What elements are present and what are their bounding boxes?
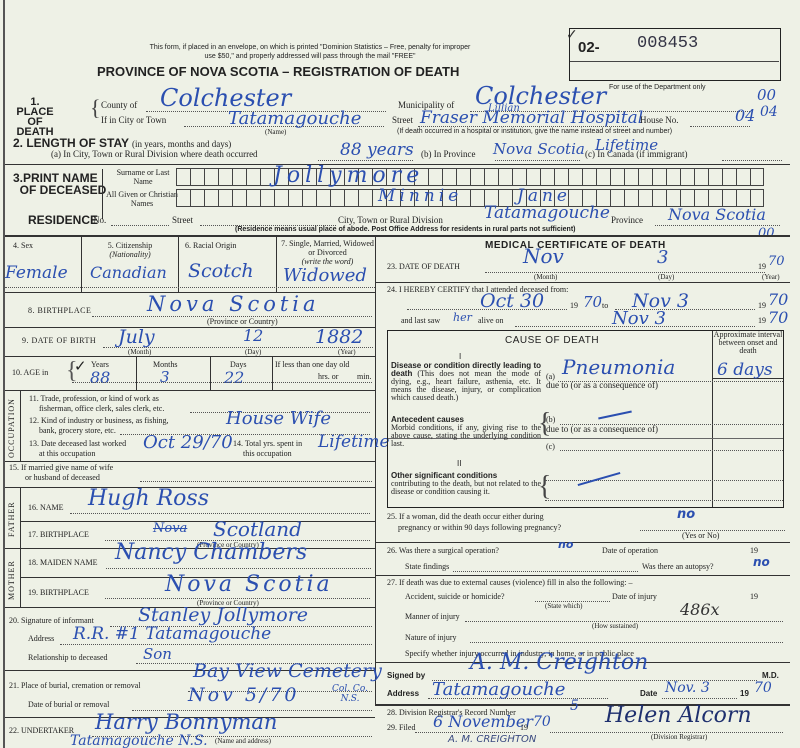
dob-year: 1882: [315, 326, 363, 348]
county-label: County of: [101, 100, 137, 110]
q28-value: 5: [570, 698, 579, 714]
injury-year-prefix: 19: [750, 592, 758, 601]
print-name-label: 3.PRINT NAME OF DECEASED: [13, 172, 106, 196]
attended-from: Oct 30: [480, 290, 544, 312]
last-saw-pronoun: her: [453, 311, 472, 324]
q13-label: 13. Date deceased last worked at this oc…: [29, 439, 126, 459]
md-label: M.D.: [762, 671, 779, 680]
q17-value: Scotland: [213, 517, 302, 541]
burial-location-note: Col. Co. N.S.: [330, 684, 370, 704]
q19-value: Nova Scotia: [165, 572, 333, 597]
to-year-prefix: 19: [758, 301, 766, 310]
surname-label: Surname or Last Name: [108, 168, 178, 186]
residence-no-label: No.: [93, 215, 106, 225]
last-saw-label: and last saw: [401, 316, 440, 325]
signed-year-prefix: 19: [740, 689, 749, 698]
surname-boxes: [176, 168, 764, 186]
filed-year: 70: [533, 714, 551, 730]
q21-label: 21. Place of burial, cremation or remova…: [9, 681, 141, 690]
death-year-caption: (Year): [762, 273, 780, 281]
surname-value: Jollymore: [273, 163, 424, 188]
residence-city-value: Tatamagouche: [484, 203, 610, 223]
signed-date-label: Date: [640, 689, 657, 698]
postal-notice: This form, if placed in an envelope, on …: [60, 43, 560, 61]
stay-b-label: (b) In Province: [421, 149, 475, 159]
q27-label: 27. If death was due to external causes …: [387, 578, 632, 587]
q14-value: Lifetime: [318, 432, 390, 452]
q25-value: no: [677, 507, 695, 522]
dob-day: 12: [243, 326, 263, 345]
medical-certificate-title: MEDICAL CERTIFICATE OF DEATH: [485, 240, 666, 251]
physician-address-value: Tatamagouche: [432, 679, 565, 700]
death-registration-form: This form, if placed in an envelope, on …: [0, 0, 800, 748]
informant-address-label: Address: [28, 634, 54, 643]
accident-label: Accident, suicide or homicide?: [405, 592, 505, 601]
q19-label: 19. BIRTHPLACE: [28, 588, 89, 597]
father-side-label: FATHER: [7, 493, 16, 537]
yes-no-caption: (Yes or No): [682, 531, 719, 540]
from-year-prefix: 19: [570, 301, 578, 310]
death-year: 70: [768, 254, 785, 269]
q16-value: Hugh Ross: [88, 486, 209, 511]
injury-date-label: Date of injury: [612, 592, 657, 601]
given-name-1: Minnie: [378, 186, 462, 206]
cause-a-value: Pneumonia: [562, 355, 675, 379]
other-conditions-label: Other significant conditions contributin…: [391, 472, 541, 496]
q26-label: 26. Was there a surgical operation?: [387, 546, 499, 555]
death-day-caption: (Day): [658, 273, 674, 281]
street-value: Fraser Memorial Hospital: [420, 108, 643, 128]
dob-month-caption: (Month): [128, 348, 151, 356]
marital-status-label: 7. Single, Married, Widowed or Divorced …: [280, 239, 375, 266]
physician-address-label: Address: [387, 689, 419, 698]
state-which-caption: (State which): [545, 602, 583, 610]
due-to-1: due to (or as a consequence of): [546, 380, 658, 390]
alive-on-value: Nov 3: [612, 308, 666, 329]
postal-notice-line2: use $50," and properly addressed will pa…: [60, 52, 560, 61]
residence-province-label: Province: [611, 215, 643, 225]
how-sustained-caption: (How sustained): [592, 622, 638, 630]
residence-note: (Residence means usual place of abode. P…: [235, 226, 576, 233]
city-value: Tatamagouche: [228, 108, 361, 129]
hospital-note: (If death occurred in a hospital or inst…: [397, 128, 672, 135]
due-to-2: due to (or as a consequence of): [546, 424, 658, 434]
cause-b-label: (b): [546, 415, 555, 424]
q18-label: 18. MAIDEN NAME: [28, 558, 98, 567]
citizenship-label: 5. Citizenship (Nationality): [85, 241, 175, 259]
birthplace-caption: (Province or Country): [207, 317, 278, 326]
signed-year-value: 70: [754, 680, 772, 696]
dept-code-3: 00: [758, 226, 775, 241]
house-no-value: 04: [735, 106, 755, 125]
stay-a-value: 88 years: [340, 140, 414, 160]
operation-date-label: Date of operation: [602, 546, 658, 555]
q16-label: 16. NAME: [28, 503, 64, 512]
dob-month: July: [118, 326, 155, 348]
stay-b-value: Nova Scotia: [493, 140, 585, 158]
autopsy-value: no: [753, 555, 770, 569]
residence-province-value: Nova Scotia: [668, 205, 766, 224]
occupation-side-label: OCCUPATION: [7, 398, 16, 458]
postal-notice-line1: This form, if placed in an envelope, on …: [60, 43, 560, 52]
q11-label: 11. Trade, profession, or kind of work a…: [29, 394, 164, 414]
given-names-label: All Given or Christian Names: [106, 190, 178, 208]
death-year-prefix: 19: [758, 262, 766, 271]
death-day: 3: [657, 247, 668, 268]
dept-code-1: 00: [757, 86, 776, 104]
undertaker-address: Tatamagouche N.S.: [70, 733, 208, 748]
q17-struck: Nova: [153, 521, 187, 536]
registrar-caption: (Division Registrar): [651, 733, 707, 741]
dept-code-2: 04: [760, 104, 778, 120]
stay-c-value: Lifetime: [595, 136, 658, 154]
age-months-value: 3: [160, 368, 170, 386]
dept-only-label: For use of the Department only: [609, 84, 706, 91]
cause-title: CAUSE OF DEATH: [505, 335, 599, 346]
burial-date-label: Date of burial or removal: [28, 700, 109, 709]
form-title: PROVINCE OF NOVA SCOTIA – REGISTRATION O…: [97, 64, 459, 79]
birthplace-value: Nova Scotia: [147, 292, 320, 316]
q13-value: Oct 29/70: [143, 432, 233, 453]
stay-a-label: (a) In City, Town or Rural Division wher…: [51, 149, 258, 159]
q22-label: 22. UNDERTAKER: [9, 726, 74, 735]
to-label: to: [602, 301, 608, 310]
direct-cause-label: Disease or condition directly leading to…: [391, 362, 541, 402]
printed-physician-name: A. M. CREIGHTON: [448, 734, 536, 745]
q17-label: 17. BIRTHPLACE: [28, 530, 89, 539]
left-border: [3, 0, 5, 748]
residence-street-label: Street: [172, 215, 193, 225]
informant-signature: Stanley Jollymore: [138, 604, 308, 626]
nature-label: Nature of injury: [405, 633, 457, 642]
filed-year-prefix: 19: [520, 723, 528, 732]
alive-on-label: alive on: [478, 316, 504, 325]
street-label: Street: [392, 115, 413, 125]
undertaker-name: Harry Bonnyman: [95, 710, 277, 734]
part-1-label: I: [459, 352, 461, 361]
physician-signature: A. M. Creighton: [470, 650, 648, 675]
residence-city-label: City, Town or Rural Division: [338, 215, 443, 225]
undertaker-caption: (Name and address): [215, 737, 271, 745]
marital-status-value: Widowed: [283, 265, 367, 286]
house-no-label: House No.: [640, 115, 679, 125]
q15-label: 15. If married give name of wife or husb…: [9, 463, 113, 483]
antecedent-causes-label: Antecedent causes Morbid conditions, if …: [391, 416, 541, 448]
relationship-value: Son: [143, 645, 172, 663]
record-number: 008453: [637, 34, 698, 53]
death-month-caption: (Month): [534, 273, 557, 281]
sex-label: 4. Sex: [13, 241, 33, 250]
cause-a-interval: 6 days: [717, 360, 773, 380]
racial-origin-label: 6. Racial Origin: [185, 241, 236, 250]
q26-value: no: [558, 538, 573, 551]
relationship-label: Relationship to deceased: [28, 653, 108, 662]
q18-value: Nancy Chambers: [115, 540, 307, 565]
dob-label: 9. DATE OF BIRTH: [22, 336, 96, 345]
death-month: Nov: [523, 244, 564, 268]
manner-label: Manner of injury: [405, 612, 460, 621]
age-days-value: 22: [224, 368, 244, 387]
operation-year-prefix: 19: [750, 546, 758, 555]
name-caption: (Name): [265, 128, 286, 136]
citizenship-value: Canadian: [90, 263, 167, 282]
city-label: If in City or Town: [101, 115, 166, 125]
q14-label: 14. Total yrs. spent in this occupation: [233, 439, 302, 459]
residence-label: RESIDENCE: [28, 213, 98, 227]
autopsy-label: Was there an autopsy?: [642, 562, 714, 571]
q12-value: House Wife: [226, 408, 331, 429]
signed-date-value: Nov. 3: [665, 680, 710, 696]
q23-label: 23. DATE OF DEATH: [387, 262, 460, 271]
birthplace-label: 8. BIRTHPLACE: [28, 306, 91, 315]
burial-date: Nov 5/70: [188, 684, 300, 706]
record-number-box: 02- 008453: [569, 28, 781, 81]
mother-side-label: MOTHER: [7, 556, 16, 600]
alive-year: 70: [768, 308, 788, 327]
hrs-label: hrs. or: [318, 372, 338, 381]
from-year: 70: [583, 293, 602, 311]
less-than-day-label: If less than one day old: [275, 360, 349, 369]
age-check-mark: ✓: [74, 357, 87, 376]
registrar-signature: Helen Alcorn: [605, 703, 752, 728]
signed-by-label: Signed by: [387, 671, 425, 680]
age-years-value: 88: [90, 368, 110, 387]
manner-value: 486x: [680, 600, 720, 619]
part-2-label: II: [457, 459, 461, 468]
dob-year-caption: (Year): [338, 348, 356, 356]
cause-c-label: (c): [546, 442, 555, 451]
burial-place: Bay View Cemetery: [193, 660, 382, 682]
informant-address-value: R.R. #1 Tatamagouche: [73, 624, 271, 644]
dob-day-caption: (Day): [245, 348, 261, 356]
record-prefix: 02-: [578, 39, 600, 56]
alive-year-prefix: 19: [758, 316, 766, 325]
sex-value: Female: [5, 263, 68, 283]
q25-label: 25. If a woman, did the death occur eith…: [387, 511, 561, 533]
min-label: min.: [357, 372, 371, 381]
to-year: 70: [768, 290, 788, 309]
state-findings-label: State findings: [405, 562, 449, 571]
racial-origin-value: Scotch: [188, 260, 254, 282]
place-of-death-label: 1. PLACEOFDEATH: [14, 97, 56, 137]
q29-label: 29. Filed: [387, 723, 415, 732]
interval-header: Approximate interval between onset and d…: [713, 331, 783, 355]
filed-date: 6 November: [433, 712, 533, 731]
age-label: 10. AGE in: [12, 368, 48, 377]
